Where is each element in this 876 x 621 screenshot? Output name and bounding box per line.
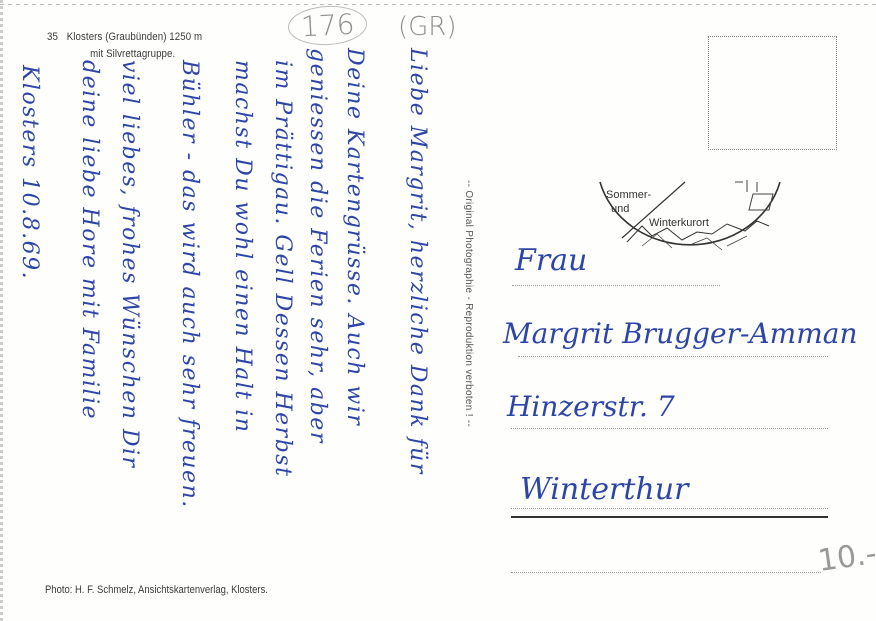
address-underline bbox=[511, 516, 828, 518]
postmark-icon: Sommer- und Winterkurort bbox=[597, 176, 783, 268]
svg-text:und: und bbox=[611, 203, 629, 215]
svg-text:Sommer-: Sommer- bbox=[606, 189, 652, 201]
message-column-2: Deine Kartengrüsse. Auch wir bbox=[342, 48, 367, 426]
pencil-region-note: (GR) bbox=[398, 12, 457, 42]
address-line-3 bbox=[511, 428, 828, 429]
postcard-back: 35Klosters (Graubünden) 1250 m mit Silvr… bbox=[0, 0, 876, 621]
message-column-5: machst Du wohl einen Halt in bbox=[230, 60, 255, 433]
address-name: Margrit Brugger-Amman bbox=[503, 317, 857, 350]
address-line-4 bbox=[511, 508, 828, 509]
printed-caption: 35Klosters (Graubünden) 1250 m mit Silvr… bbox=[47, 29, 202, 63]
message-column-1: Liebe Margrit, herzliche Dank für bbox=[405, 48, 430, 475]
message-column-3: geniessen die Ferien sehr, aber bbox=[305, 48, 330, 444]
caption-line-1: Klosters (Graubünden) 1250 m bbox=[67, 31, 202, 43]
message-column-7: viel liebes, frohes Wünschen Dir bbox=[117, 60, 142, 469]
message-column-6: Bühler - das wird auch sehr freuen. bbox=[177, 60, 202, 509]
message-column-9: Klosters 10.8.69. bbox=[17, 65, 42, 280]
message-column-8: deine liebe Hore mit Familie bbox=[77, 60, 102, 420]
address-city: Winterthur bbox=[520, 472, 688, 507]
photo-credit: Photo: H. F. Schmelz, Ansichtskartenverl… bbox=[45, 584, 268, 596]
caption-number: 35 bbox=[47, 31, 58, 43]
stamp-box bbox=[708, 36, 837, 150]
address-line-1 bbox=[512, 285, 720, 286]
pencil-price: 10.- bbox=[816, 536, 876, 579]
perforated-edge bbox=[0, 0, 3, 621]
svg-text:Winterkurort: Winterkurort bbox=[649, 217, 709, 229]
reproduction-notice: -- Original Photographie - Reproduktion … bbox=[458, 180, 478, 465]
address-street: Hinzerstr. 7 bbox=[507, 390, 675, 423]
address-salutation: Frau bbox=[515, 243, 587, 278]
pencil-catalog-number: 176 bbox=[287, 4, 368, 47]
address-line-5 bbox=[511, 572, 821, 573]
address-line-2 bbox=[518, 356, 828, 357]
message-column-4: im Prättigau. Gell Dessen Herbst bbox=[270, 60, 295, 477]
